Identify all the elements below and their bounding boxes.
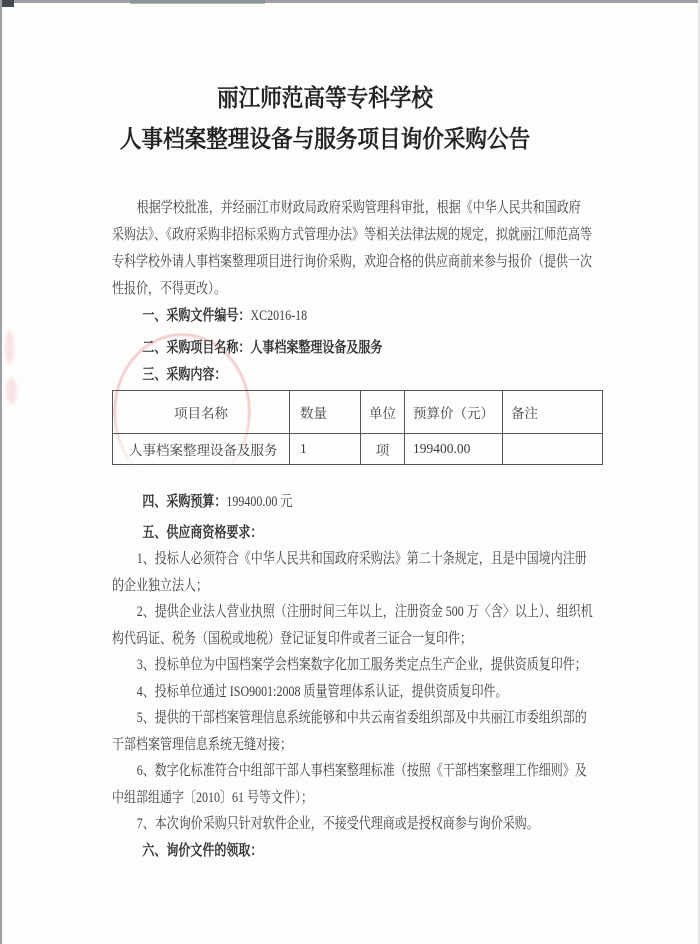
item-label: 一、采购文件编号： (142, 308, 250, 324)
item-label: 六、询价文件的领取： (142, 843, 262, 859)
requirement-line: 2、提供企业法人营业执照（注册时间三年以上，注册资金 500 万〈含〉以上）、组… (112, 599, 504, 626)
item-value: 199400.00 元 (226, 494, 292, 510)
requirement-line: 构代码证、税务（国税或地税）登记证复印件或者三证合一复印件； (112, 626, 504, 653)
cell-quantity: 1 (290, 434, 361, 465)
intro-line: 根据学校批准，并经丽江市财政局政府采购管理科审批，根据《中华人民共和国政府 (112, 195, 504, 222)
requirement-line: 4、投标单位通过 ISO9001:2008 质量管理体系认证，提供资质复印件。 (112, 679, 504, 706)
scanned-document-page: 丽江师范高等专科学校 人事档案整理设备与服务项目询价采购公告 根据学校批准，并经… (0, 0, 700, 944)
intro-line: 性报价，不得更改）。 (112, 276, 504, 303)
item-value: XC2016-18 (250, 308, 307, 324)
requirement-line: 5、提供的干部档案管理信息系统能够和中共云南省委组织部及中共丽江市委组织部的 (112, 705, 504, 732)
cell-unit: 项 (361, 434, 405, 465)
requirement-line: 6、数字化标准符合中组部干部人事档案整理标准（按照《干部档案整理工作细则》及 (112, 758, 504, 785)
cell-remarks (503, 434, 603, 465)
document-body: 丽江师范高等专科学校 人事档案整理设备与服务项目询价采购公告 根据学校批准，并经… (0, 0, 700, 864)
item-purchase-budget: 四、采购预算：199400.00 元 (112, 489, 504, 515)
requirement-line: 干部档案管理信息系统无缝对接； (112, 732, 504, 759)
item-project-name: 二、采购项目名称：人事档案整理设备及服务 (112, 335, 504, 361)
item-label: 四、采购预算： (142, 494, 226, 510)
title-line-2: 人事档案整理设备与服务项目询价采购公告 (76, 125, 575, 155)
intro-line: 专科学校外请人事档案整理项目进行询价采购，欢迎合格的供应商前来参与报价（提供一次 (112, 249, 504, 276)
header-remarks: 备注 (503, 391, 603, 434)
requirement-line: 的企业独立法人； (112, 573, 504, 600)
item-document-collection: 六、询价文件的领取： (112, 838, 504, 865)
table-data-row: 人事档案整理设备及服务 1 项 199400.00 (113, 434, 603, 465)
item-label: 二、采购项目名称： (142, 340, 250, 356)
header-quantity: 数量 (290, 391, 361, 434)
requirement-line: 中组部组通字〔2010〕61 号等文件）； (112, 785, 504, 812)
item-value: 人事档案整理设备及服务 (250, 340, 382, 356)
item-label: 三、采购内容： (142, 367, 226, 383)
table-header-row: 项目名称 数量 单位 预算价（元） 备注 (113, 391, 603, 434)
document-title: 丽江师范高等专科学校 人事档案整理设备与服务项目询价采购公告 (48, 84, 602, 155)
requirements-list: 1、投标人必须符合《中华人民共和国政府采购法》第二十条规定，且是中国境内注册 的… (112, 546, 602, 864)
cell-project-name: 人事档案整理设备及服务 (113, 434, 290, 465)
intro-line: 采购法》、《政府采购非招标采购方式管理办法》等相关法律法规的规定，拟就丽江师范高… (112, 222, 504, 249)
procurement-table: 项目名称 数量 单位 预算价（元） 备注 人事档案整理设备及服务 1 项 199… (112, 390, 603, 465)
cell-budget-price: 199400.00 (405, 434, 503, 465)
item-label: 五、供应商资格要求： (142, 525, 262, 541)
header-unit: 单位 (361, 391, 405, 434)
requirement-line: 3、投标单位为中国档案学会档案数字化加工服务类定点生产企业，提供资质复印件； (112, 652, 504, 679)
title-line-1: 丽江师范高等专科学校 (76, 84, 575, 114)
item-purchase-file-number: 一、采购文件编号：XC2016-18 (112, 303, 504, 329)
header-budget-price: 预算价（元） (405, 391, 503, 434)
item-purchase-content: 三、采购内容： (112, 362, 504, 388)
intro-paragraph: 根据学校批准，并经丽江市财政局政府采购管理科审批，根据《中华人民共和国政府 采购… (112, 195, 602, 303)
item-supplier-requirements: 五、供应商资格要求： (112, 520, 504, 546)
requirement-line: 7、本次询价采购只针对软件企业，不接受代理商或是授权商参与询价采购。 (112, 811, 504, 838)
requirement-line: 1、投标人必须符合《中华人民共和国政府采购法》第二十条规定，且是中国境内注册 (112, 546, 504, 573)
header-project-name: 项目名称 (113, 391, 290, 434)
